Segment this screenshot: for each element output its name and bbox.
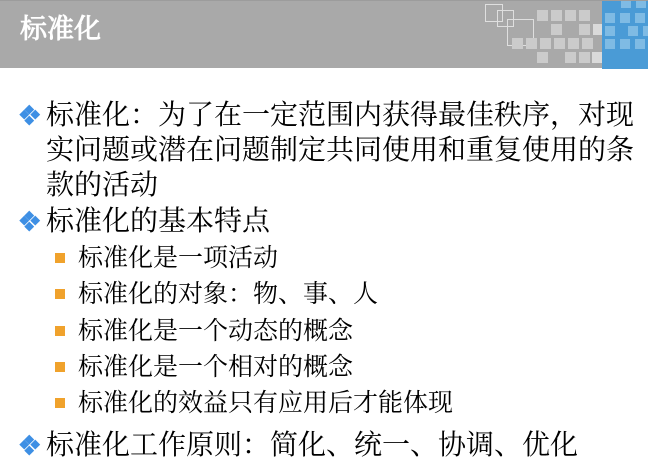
deco-gray-square [568,38,579,49]
deco-blue-square [628,26,638,36]
diamond-bullet-icon [20,435,39,454]
deco-gray-square [554,38,565,49]
deco-blue-square [643,26,648,36]
slide-title: 标准化 [20,13,101,46]
deco-blue-square [605,13,615,23]
deco-outline-square [507,19,534,46]
sub-bullet-item: 标准化的效益只有应用后才能体现 [0,385,648,421]
bullet-item: 标准化的基本特点 [0,203,648,238]
bullet-text: 标准化工作原则：简化、统一、协调、优化 [46,429,578,460]
deco-gray-square [565,10,576,21]
deco-gray-square [579,52,590,63]
deco-blue-square [635,39,645,49]
sub-bullet-item: 标准化是一项活动 [0,240,648,276]
deco-gray-square [512,38,523,49]
deco-blue-square [636,1,646,8]
diamond-bullet-icon [20,211,39,230]
title-bar: 标准化 [0,0,648,68]
square-bullet-icon [55,289,65,299]
square-bullet-icon [55,326,65,336]
presentation-slide: 标准化 标准化：为了在一定范围内获得最佳秩序，对现实问题或潜在问题制定共同使用和… [0,0,648,476]
deco-outline-square [485,4,503,22]
deco-gray-square [540,38,551,49]
deco-blue-square [620,39,630,49]
deco-blue-square [635,13,645,23]
deco-blue-square [620,13,630,23]
deco-blue-square [605,39,615,49]
sub-bullet-text: 标准化是一项活动 [78,244,278,272]
square-bullet-icon [55,362,65,372]
blue-accent-strip [602,1,648,69]
deco-gray-square [526,38,537,49]
sub-bullet-item: 标准化是一个动态的概念 [0,313,648,349]
sub-bullet-text: 标准化是一个动态的概念 [78,317,353,345]
deco-gray-square [537,10,548,21]
sub-bullet-list: 标准化是一项活动 标准化的对象：物、事、人 标准化是一个动态的概念 标准化是一个… [0,240,648,421]
sub-bullet-text: 标准化的对象：物、事、人 [78,280,378,308]
deco-gray-square [579,10,590,21]
bullet-text: 标准化的基本特点 [46,205,270,236]
sub-bullet-item: 标准化是一个相对的概念 [0,349,648,385]
deco-blue-square [621,1,631,8]
sub-bullet-text: 标准化是一个相对的概念 [78,353,353,381]
bullet-item: 标准化：为了在一定范围内获得最佳秩序，对现实问题或潜在问题制定共同使用和重复使用… [0,97,648,202]
bullet-item: 标准化工作原则：简化、统一、协调、优化 [0,427,648,462]
deco-gray-square [551,10,562,21]
deco-gray-square [551,24,562,35]
deco-gray-square [537,52,548,63]
deco-outline-square [497,10,514,27]
deco-gray-square [579,24,590,35]
deco-gray-square [565,52,576,63]
bullet-text: 标准化：为了在一定范围内获得最佳秩序，对现实问题或潜在问题制定共同使用和重复使用… [46,99,634,200]
square-bullet-icon [55,253,65,263]
sub-bullet-text: 标准化的效益只有应用后才能体现 [78,389,453,417]
sub-bullet-item: 标准化的对象：物、事、人 [0,276,648,312]
square-bullet-icon [55,398,65,408]
deco-gray-square [582,38,593,49]
deco-blue-square [605,26,615,36]
diamond-bullet-icon [20,105,39,124]
